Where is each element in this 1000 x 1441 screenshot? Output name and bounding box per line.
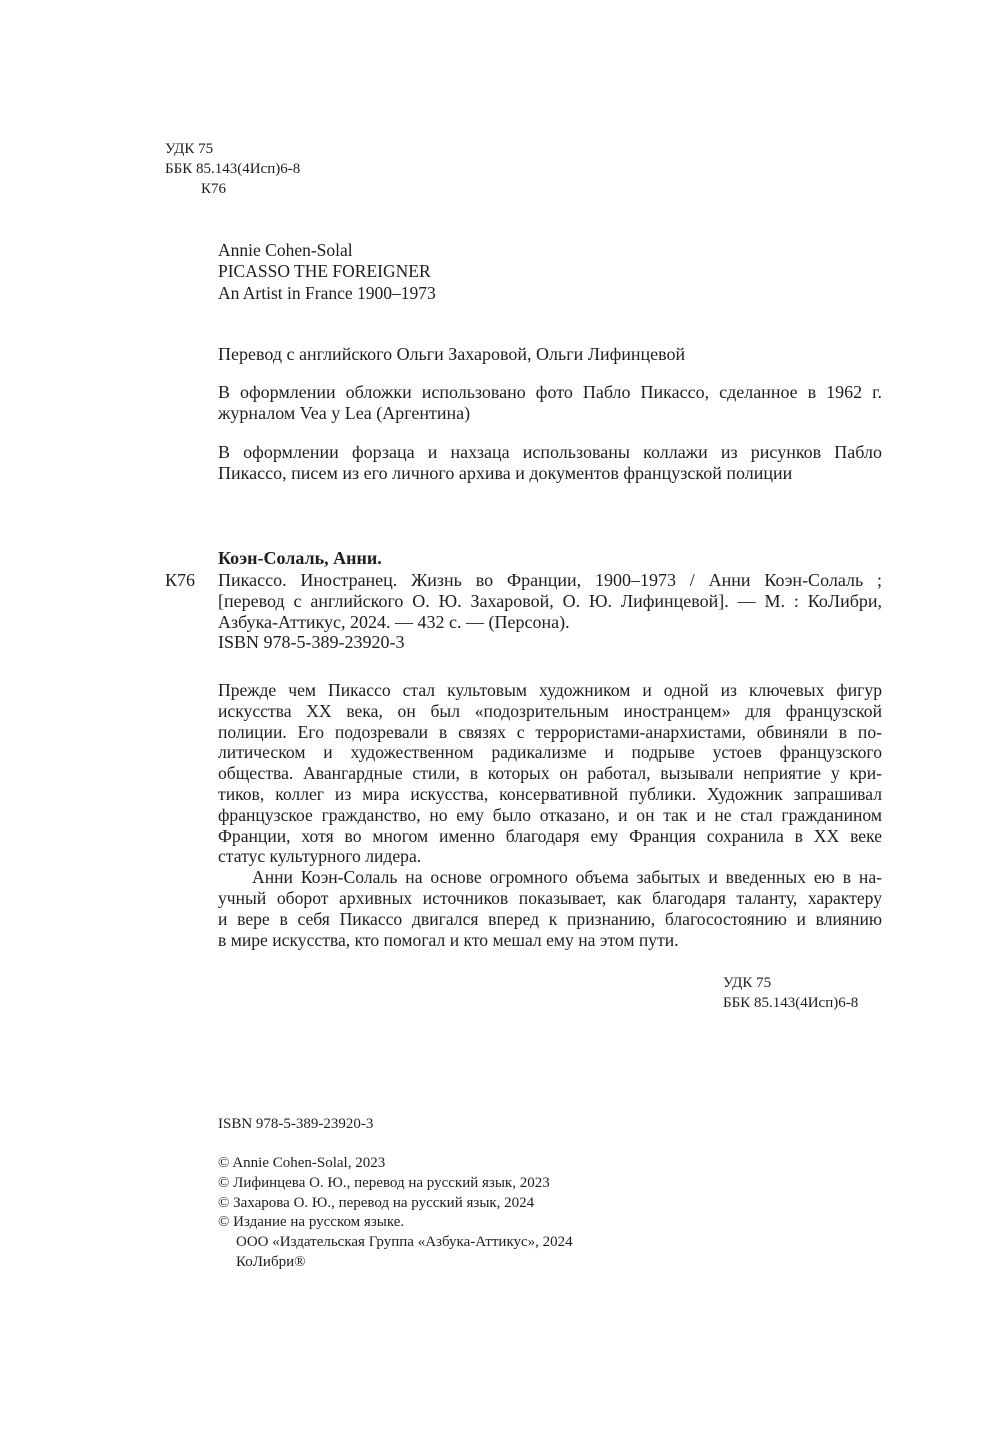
translation-credit: Перевод с английского Ольги Захаровой, О… [218, 344, 685, 366]
cover-photo-credit: В оформлении обложки использовано фото П… [218, 382, 882, 424]
isbn: ISBN 978-5-389-23920-3 [218, 1114, 373, 1134]
annotation-paragraph-1: Прежде чем Пикассо стал культовым художн… [218, 680, 882, 867]
record-body: Пикассо. Иностранец. Жизнь во Франции, 1… [218, 570, 882, 653]
record-author-mark: К76 [165, 570, 195, 591]
imprint-name: КоЛибри® [236, 1252, 306, 1272]
original-subtitle: An Artist in France 1900–1973 [218, 283, 436, 304]
annotation-paragraph-2: Анни Коэн-Солаль на основе огромного объ… [218, 867, 882, 950]
udk-code: УДК 75 [165, 139, 213, 159]
endpapers-credit: В оформлении форзаца и нахзаца использов… [218, 442, 882, 484]
publisher-name: ООО «Издательская Группа «Азбука-Аттикус… [236, 1232, 573, 1252]
copyright-line: © Издание на русском языке. [218, 1212, 404, 1232]
bbk-code-bottom: ББК 85.143(4Исп)6-8 [723, 993, 858, 1013]
original-author: Annie Cohen-Solal [218, 240, 353, 261]
copyright-line: © Лифинцева О. Ю., перевод на русский яз… [218, 1173, 550, 1193]
record-heading: Коэн-Солаль, Анни. [218, 548, 382, 569]
original-title: PICASSO THE FOREIGNER [218, 261, 431, 282]
udk-code-bottom: УДК 75 [723, 973, 771, 993]
annotation: Прежде чем Пикассо стал культовым художн… [218, 680, 882, 950]
copyright-line: © Annie Cohen-Solal, 2023 [218, 1153, 385, 1173]
bbk-code: ББК 85.143(4Исп)6-8 [165, 159, 300, 179]
author-mark: К76 [201, 179, 226, 199]
copyright-line: © Захарова О. Ю., перевод на русский язы… [218, 1193, 534, 1213]
